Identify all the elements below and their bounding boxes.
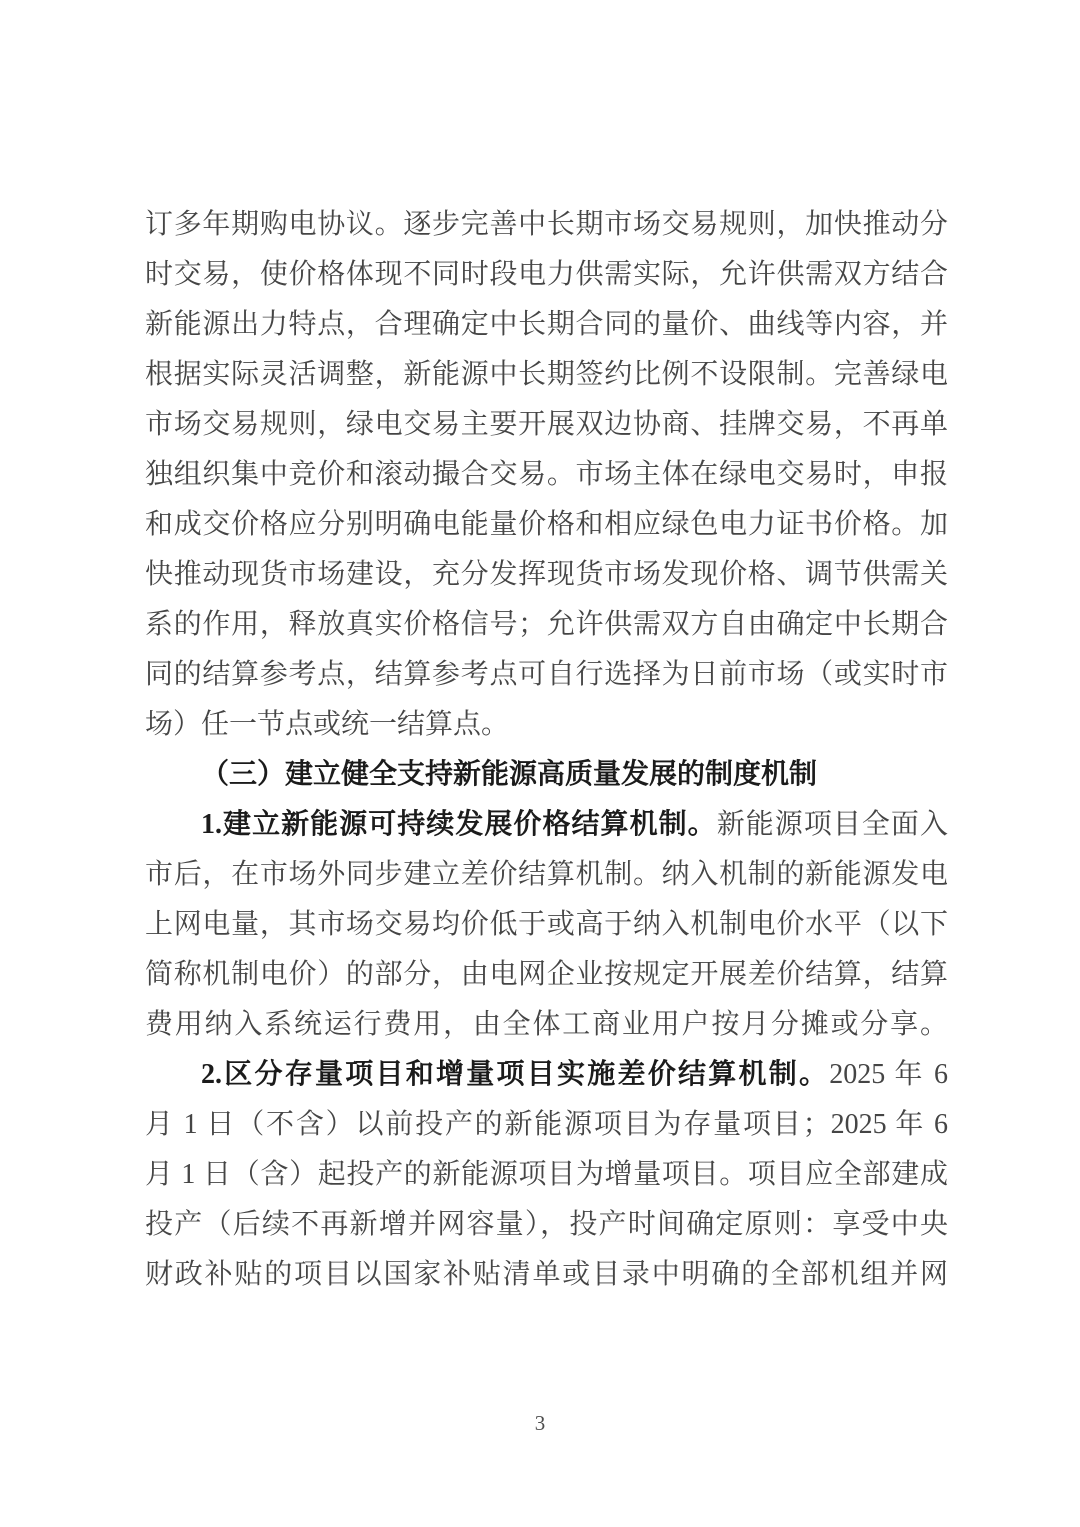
text-run: 月 1 日（不含）以前投产的新能源项目为存量项目；2025 年 6 (145, 1109, 948, 1140)
text-line: 和成交价格应分别明确电能量价格和相应绿色电力证书价格。加 (145, 500, 948, 550)
text-run: 系的作用，释放真实价格信号；允许供需双方自由确定中长期合 (145, 609, 948, 640)
section-heading: （三）建立健全支持新能源高质量发展的制度机制 (145, 750, 948, 800)
text-line: 根据实际灵活调整，新能源中长期签约比例不设限制。完善绿电 (145, 350, 948, 400)
text-run: 订多年期购电协议。逐步完善中长期市场交易规则，加快推动分 (145, 209, 948, 240)
text-run: 时交易，使价格体现不同时段电力供需实际，允许供需双方结合 (145, 259, 948, 290)
text-line: 系的作用，释放真实价格信号；允许供需双方自由确定中长期合 (145, 600, 948, 650)
text-line: 1.建立新能源可持续发展价格结算机制。新能源项目全面入 (145, 800, 948, 850)
text-run: 投产（后续不再新增并网容量），投产时间确定原则：享受中央 (145, 1209, 948, 1240)
text-run: 市后，在市场外同步建立差价结算机制。纳入机制的新能源发电 (145, 859, 948, 890)
document-body: 订多年期购电协议。逐步完善中长期市场交易规则，加快推动分时交易，使价格体现不同时… (145, 200, 948, 1300)
text-run: 快推动现货市场建设，充分发挥现货市场发现价格、调节供需关 (145, 559, 948, 590)
text-run: 新能源出力特点，合理确定中长期合同的量价、曲线等内容，并 (145, 309, 948, 340)
page-number: 3 (0, 1408, 1080, 1438)
text-line: 投产（后续不再新增并网容量），投产时间确定原则：享受中央 (145, 1200, 948, 1250)
text-line: 上网电量，其市场交易均价低于或高于纳入机制电价水平（以下 (145, 900, 948, 950)
text-run: 月 1 日（含）起投产的新能源项目为增量项目。项目应全部建成 (145, 1159, 948, 1190)
text-line: 市场交易规则，绿电交易主要开展双边协商、挂牌交易，不再单 (145, 400, 948, 450)
text-line: 订多年期购电协议。逐步完善中长期市场交易规则，加快推动分 (145, 200, 948, 250)
text-line: 市后，在市场外同步建立差价结算机制。纳入机制的新能源发电 (145, 850, 948, 900)
text-line: 简称机制电价）的部分，由电网企业按规定开展差价结算，结算 (145, 950, 948, 1000)
document-page: 订多年期购电协议。逐步完善中长期市场交易规则，加快推动分时交易，使价格体现不同时… (0, 0, 1080, 1527)
text-line: 财政补贴的项目以国家补贴清单或目录中明确的全部机组并网 (145, 1250, 948, 1300)
text-run: 财政补贴的项目以国家补贴清单或目录中明确的全部机组并网 (145, 1259, 948, 1290)
text-run: 市场交易规则，绿电交易主要开展双边协商、挂牌交易，不再单 (145, 409, 948, 440)
text-run: 上网电量，其市场交易均价低于或高于纳入机制电价水平（以下 (145, 909, 948, 940)
text-line: 2.区分存量项目和增量项目实施差价结算机制。2025 年 6 (145, 1050, 948, 1100)
text-run: （三）建立健全支持新能源高质量发展的制度机制 (201, 759, 817, 790)
text-line: 同的结算参考点，结算参考点可自行选择为日前市场（或实时市 (145, 650, 948, 700)
text-line: 场）任一节点或统一结算点。 (145, 700, 948, 750)
text-line: 新能源出力特点，合理确定中长期合同的量价、曲线等内容，并 (145, 300, 948, 350)
text-line: 费用纳入系统运行费用，由全体工商业用户按月分摊或分享。 (145, 1000, 948, 1050)
text-run: 2025 年 6 (829, 1059, 948, 1090)
text-run: 2.区分存量项目和增量项目实施差价结算机制。 (201, 1059, 829, 1090)
text-run: 独组织集中竞价和滚动撮合交易。市场主体在绿电交易时，申报 (145, 459, 948, 490)
text-run: 同的结算参考点，结算参考点可自行选择为日前市场（或实时市 (145, 659, 948, 690)
text-run: 1.建立新能源可持续发展价格结算机制。 (201, 809, 717, 840)
text-line: 时交易，使价格体现不同时段电力供需实际，允许供需双方结合 (145, 250, 948, 300)
text-line: 月 1 日（含）起投产的新能源项目为增量项目。项目应全部建成 (145, 1150, 948, 1200)
text-line: 独组织集中竞价和滚动撮合交易。市场主体在绿电交易时，申报 (145, 450, 948, 500)
text-line: 快推动现货市场建设，充分发挥现货市场发现价格、调节供需关 (145, 550, 948, 600)
text-run: 费用纳入系统运行费用，由全体工商业用户按月分摊或分享。 (145, 1009, 948, 1040)
text-run: 根据实际灵活调整，新能源中长期签约比例不设限制。完善绿电 (145, 359, 948, 390)
text-run: 简称机制电价）的部分，由电网企业按规定开展差价结算，结算 (145, 959, 948, 990)
text-run: 场）任一节点或统一结算点。 (145, 709, 509, 740)
text-line: 月 1 日（不含）以前投产的新能源项目为存量项目；2025 年 6 (145, 1100, 948, 1150)
text-run: 和成交价格应分别明确电能量价格和相应绿色电力证书价格。加 (145, 509, 948, 540)
text-run: 新能源项目全面入 (717, 809, 948, 840)
